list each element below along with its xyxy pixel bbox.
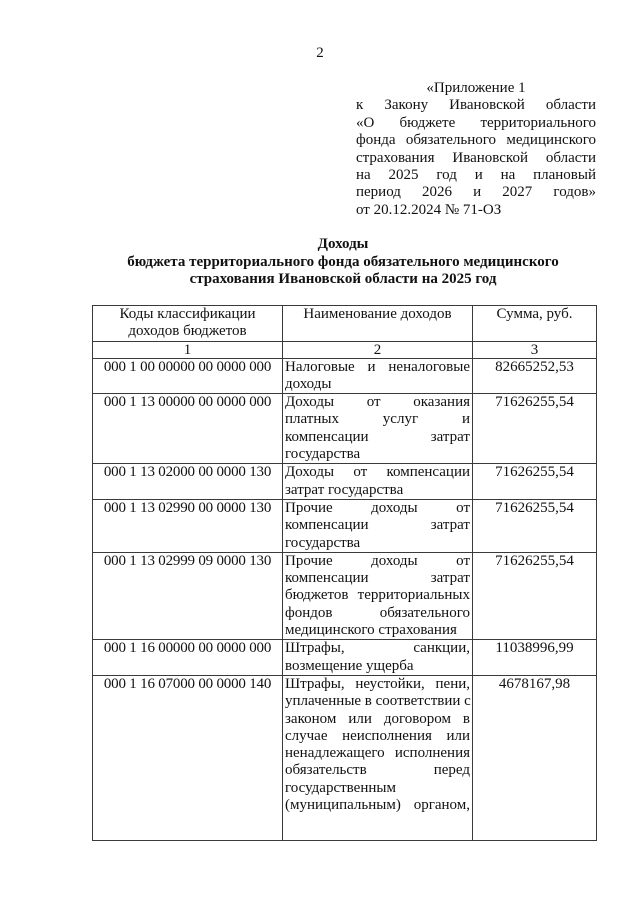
appendix-line: от 20.12.2024 № 71-ОЗ xyxy=(356,202,596,219)
revenue-name-line: ненадлежащего исполнения xyxy=(285,745,470,762)
revenue-name: Доходы от компенсации затрат государства xyxy=(283,464,473,500)
appendix-line: фонда обязательного медицинского xyxy=(356,132,596,149)
column-number: 2 xyxy=(283,341,473,358)
header-amount: Сумма, руб. xyxy=(473,306,597,342)
revenue-amount: 71626255,54 xyxy=(473,552,597,639)
revenue-name-line: бюджетов территориальных xyxy=(285,587,470,604)
table-row: 000 1 13 00000 00 0000 000 Доходы от ока… xyxy=(93,394,597,464)
revenue-name-line: затрат государства xyxy=(285,482,470,499)
classification-code: 000 1 13 02000 00 0000 130 xyxy=(93,464,283,500)
revenue-name-line: (муниципальным) органом, xyxy=(285,797,470,814)
revenue-name-line: компенсации затрат xyxy=(285,429,470,446)
revenue-name: Штрафы, неустойки, пени, уплаченные в со… xyxy=(283,675,473,840)
revenue-name-line: государства xyxy=(285,446,470,463)
appendix-line: «О бюджете территориального xyxy=(356,115,596,132)
classification-code: 000 1 13 00000 00 0000 000 xyxy=(93,394,283,464)
header-name: Наименование доходов xyxy=(283,306,473,342)
title-line: страхования Ивановской области на 2025 г… xyxy=(0,271,640,289)
revenue-name: Штрафы, санкции, возмещение ущерба xyxy=(283,640,473,676)
revenue-name-line: компенсации затрат xyxy=(285,570,470,587)
appendix-line: период 2026 и 2027 годов» xyxy=(356,184,596,201)
table-row: 000 1 13 02999 09 0000 130 Прочие доходы… xyxy=(93,552,597,639)
classification-code: 000 1 00 00000 00 0000 000 xyxy=(93,358,283,394)
revenue-name-line: государственным xyxy=(285,780,470,797)
table-header-row: Коды классификации доходов бюджетов Наим… xyxy=(93,306,597,342)
appendix-line: страхования Ивановской области xyxy=(356,150,596,167)
column-number: 1 xyxy=(93,341,283,358)
revenue-name-line: компенсации затрат xyxy=(285,517,470,534)
page-number: 2 xyxy=(0,45,640,62)
table-row: 000 1 13 02000 00 0000 130 Доходы от ком… xyxy=(93,464,597,500)
appendix-line: на 2025 год и на плановый xyxy=(356,167,596,184)
revenue-name-line: возмещение ущерба xyxy=(285,658,470,675)
classification-code: 000 1 13 02990 00 0000 130 xyxy=(93,499,283,552)
revenue-name-line: Прочие доходы от xyxy=(285,553,470,570)
revenue-name-line: обязательств перед xyxy=(285,762,470,779)
appendix-line: «Приложение 1 xyxy=(356,80,596,97)
classification-code: 000 1 16 00000 00 0000 000 xyxy=(93,640,283,676)
document-title: Доходы бюджета территориального фонда об… xyxy=(0,236,640,289)
appendix-reference: «Приложение 1 к Закону Ивановской област… xyxy=(356,80,596,219)
revenue-name-line: законом или договором в xyxy=(285,711,470,728)
revenue-name-line: государства xyxy=(285,535,470,552)
revenue-name-line: фондов обязательного xyxy=(285,605,470,622)
revenue-name: Налоговые и неналоговые доходы xyxy=(283,358,473,394)
revenue-name-line: Прочие доходы от xyxy=(285,500,470,517)
title-line: бюджета территориального фонда обязатель… xyxy=(0,254,640,272)
revenue-name-line: случае неисполнения или xyxy=(285,728,470,745)
revenue-amount: 71626255,54 xyxy=(473,464,597,500)
revenue-name-line: уплаченные в соответствии с xyxy=(285,693,470,710)
classification-code: 000 1 13 02999 09 0000 130 xyxy=(93,552,283,639)
revenue-name: Прочие доходы от компенсации затрат госу… xyxy=(283,499,473,552)
revenue-name-line: Доходы от компенсации xyxy=(285,464,470,481)
table-row: 000 1 00 00000 00 0000 000 Налоговые и н… xyxy=(93,358,597,394)
revenue-name: Доходы от оказания платных услуг и компе… xyxy=(283,394,473,464)
table-row: 000 1 16 00000 00 0000 000 Штрафы, санкц… xyxy=(93,640,597,676)
table-row: 000 1 13 02990 00 0000 130 Прочие доходы… xyxy=(93,499,597,552)
column-number: 3 xyxy=(473,341,597,358)
revenue-amount: 4678167,98 xyxy=(473,675,597,840)
revenue-name-line: Доходы от оказания xyxy=(285,394,470,411)
revenue-amount: 71626255,54 xyxy=(473,394,597,464)
table-row: 000 1 16 07000 00 0000 140 Штрафы, неуст… xyxy=(93,675,597,840)
revenue-name-line: Налоговые и неналоговые xyxy=(285,359,470,376)
classification-code: 000 1 16 07000 00 0000 140 xyxy=(93,675,283,840)
revenue-amount: 11038996,99 xyxy=(473,640,597,676)
revenue-name-line: Штрафы, санкции, xyxy=(285,640,470,657)
header-code: Коды классификации доходов бюджетов xyxy=(93,306,283,342)
column-number-row: 1 2 3 xyxy=(93,341,597,358)
revenue-table: Коды классификации доходов бюджетов Наим… xyxy=(92,305,597,841)
revenue-amount: 82665252,53 xyxy=(473,358,597,394)
title-line: Доходы xyxy=(0,236,640,254)
appendix-line: к Закону Ивановской области xyxy=(356,97,596,114)
revenue-name-line: медицинского страхования xyxy=(285,622,470,639)
revenue-name: Прочие доходы от компенсации затрат бюдж… xyxy=(283,552,473,639)
revenue-name-line: доходы xyxy=(285,376,470,393)
revenue-amount: 71626255,54 xyxy=(473,499,597,552)
revenue-name-line: платных услуг и xyxy=(285,411,470,428)
revenue-name-line: Штрафы, неустойки, пени, xyxy=(285,676,470,693)
